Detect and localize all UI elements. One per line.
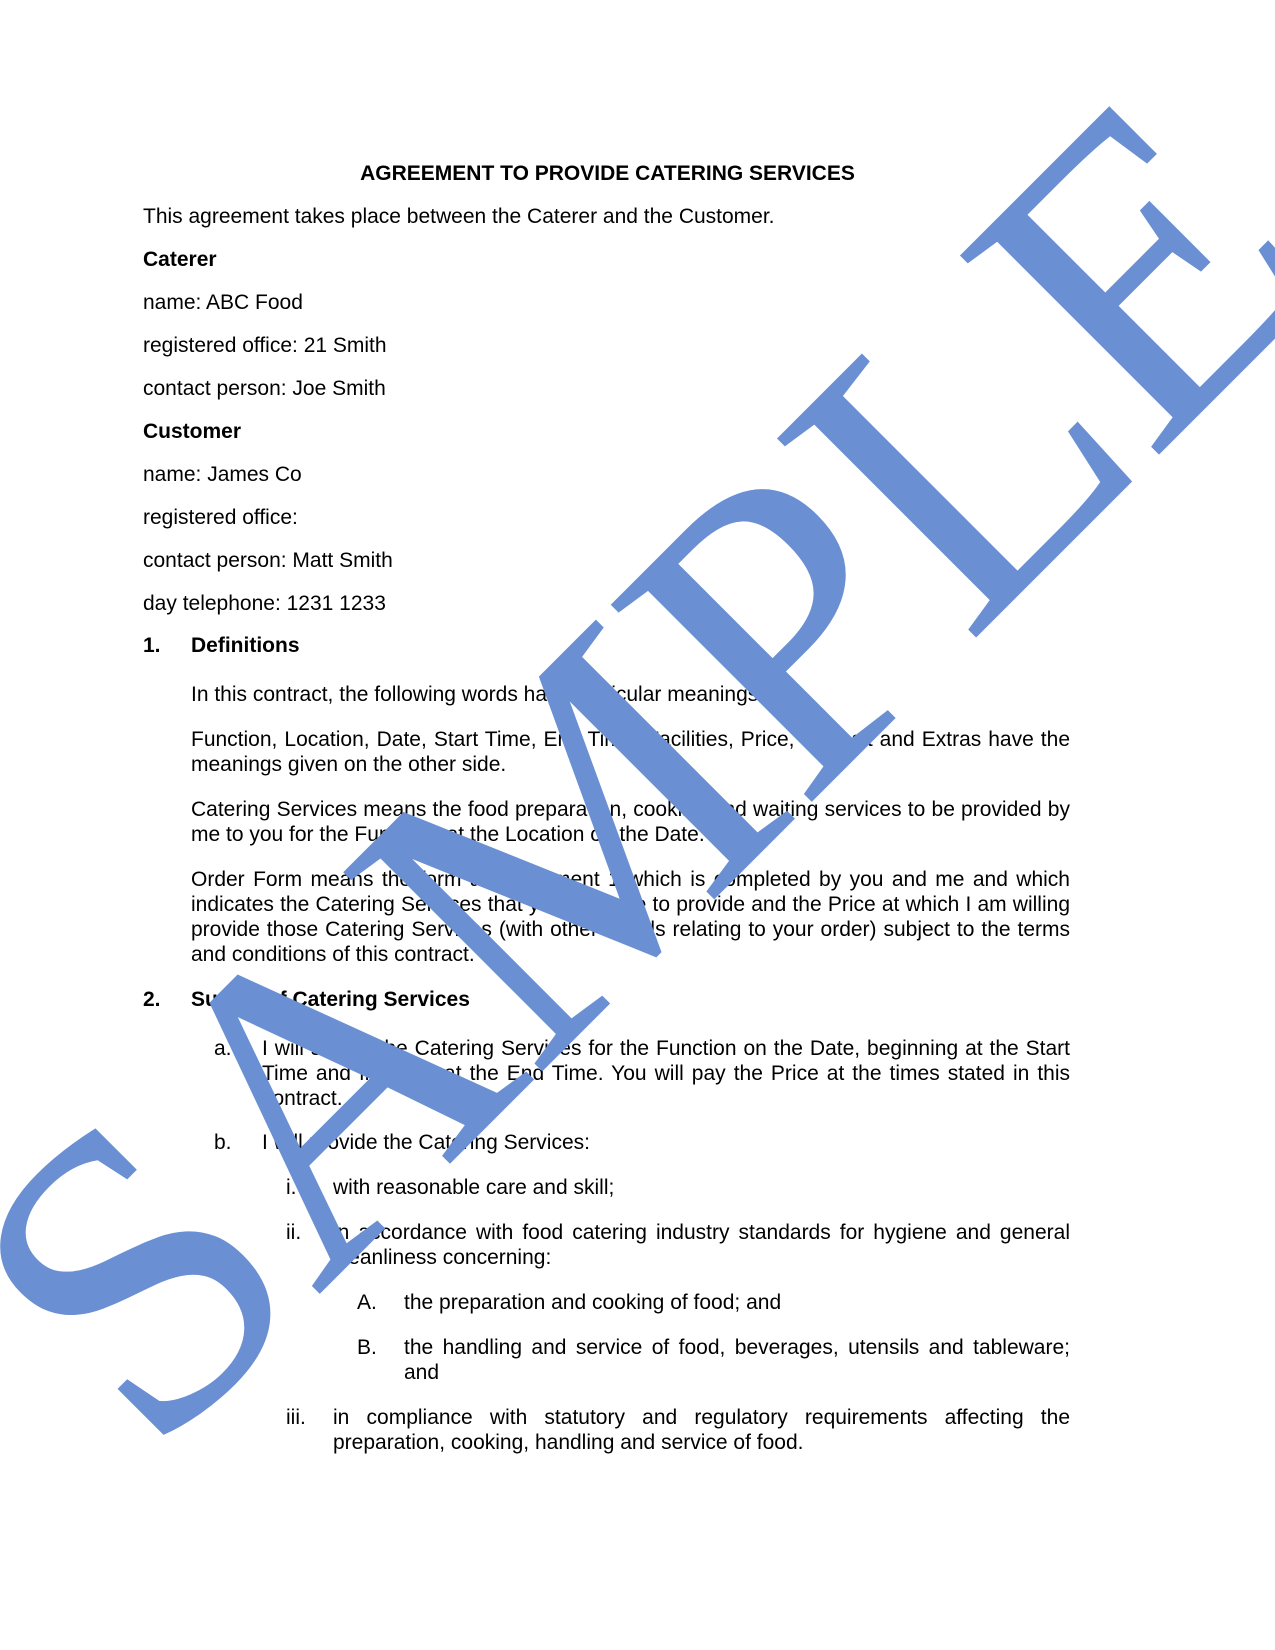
customer-heading: Customer	[143, 419, 241, 444]
definitions-paragraph: Order Form means the form at attachment …	[191, 867, 1070, 967]
customer-name: name: James Co	[143, 462, 302, 487]
subclause-label: i.	[286, 1175, 297, 1200]
subclause-text: with reasonable care and skill;	[333, 1175, 1070, 1200]
document-title: AGREEMENT TO PROVIDE CATERING SERVICES	[0, 161, 1215, 186]
section-2-heading: Supply of Catering Services	[191, 987, 470, 1012]
clause-label: b.	[214, 1130, 232, 1155]
intro-text: This agreement takes place between the C…	[143, 204, 775, 229]
caterer-registered-office: registered office: 21 Smith	[143, 333, 387, 358]
customer-registered-office: registered office:	[143, 505, 298, 530]
customer-contact-person: contact person: Matt Smith	[143, 548, 393, 573]
subsubclause-label: B.	[357, 1335, 377, 1360]
section-2-number: 2.	[143, 987, 161, 1012]
caterer-heading: Caterer	[143, 247, 217, 272]
section-1-heading: Definitions	[191, 633, 300, 658]
document-page: AGREEMENT TO PROVIDE CATERING SERVICES T…	[0, 0, 1275, 1650]
subsubclause-text: the handling and service of food, bevera…	[404, 1335, 1070, 1385]
clause-label: a.	[214, 1036, 232, 1061]
definitions-paragraph: In this contract, the following words ha…	[191, 682, 1070, 707]
subclause-label: iii.	[286, 1405, 306, 1430]
caterer-contact-person: contact person: Joe Smith	[143, 376, 386, 401]
subsubclause-text: the preparation and cooking of food; and	[404, 1290, 1070, 1315]
subclause-text: in compliance with statutory and regulat…	[333, 1405, 1070, 1455]
subclause-text: in accordance with food catering industr…	[333, 1220, 1070, 1270]
section-1-number: 1.	[143, 633, 161, 658]
definitions-paragraph: Catering Services means the food prepara…	[191, 797, 1070, 847]
customer-day-telephone: day telephone: 1231 1233	[143, 591, 386, 616]
caterer-name: name: ABC Food	[143, 290, 303, 315]
definitions-paragraph: Function, Location, Date, Start Time, En…	[191, 727, 1070, 777]
clause-text: I will provide the Catering Services:	[262, 1130, 1070, 1155]
clause-text: I will supply the Catering Services for …	[262, 1036, 1070, 1111]
subsubclause-label: A.	[357, 1290, 377, 1315]
subclause-label: ii.	[286, 1220, 301, 1245]
